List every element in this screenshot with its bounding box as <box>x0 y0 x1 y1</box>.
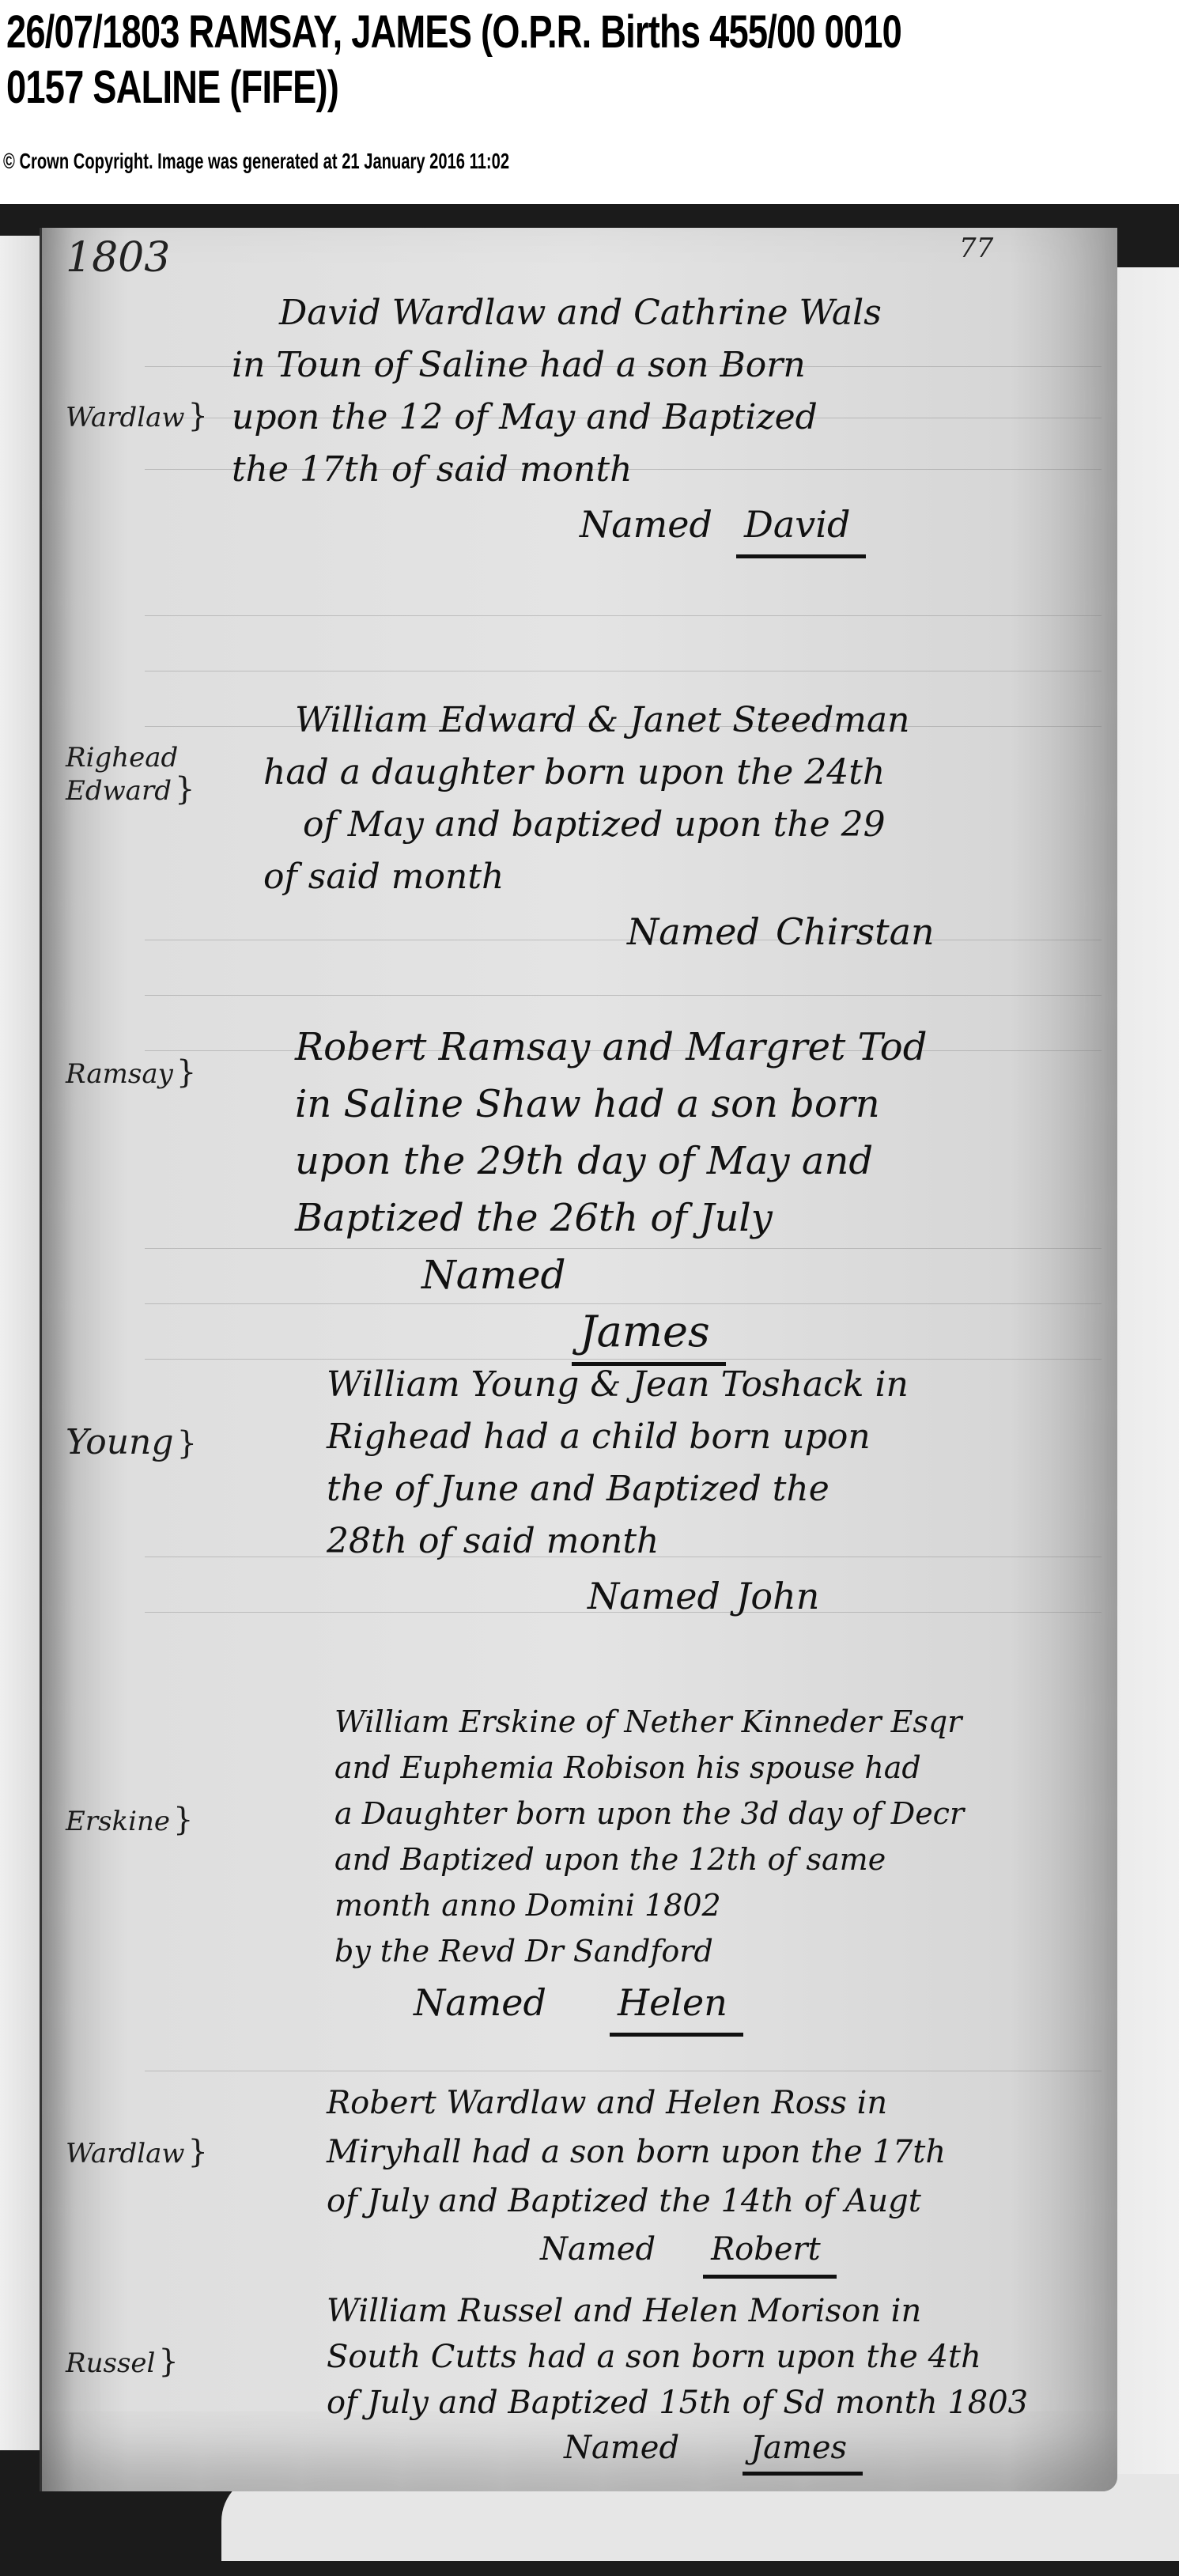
entry-margin-surname: Russel} <box>66 2343 303 2380</box>
entry-line: by the Revd Dr Sandford <box>334 1928 1117 1974</box>
given-name: James <box>572 1303 726 1366</box>
entry-line: a Daughter born upon the 3d day of Decr <box>334 1791 1117 1836</box>
entry-line: in Saline Shaw had a son born <box>295 1076 1094 1133</box>
entry-line: David Wardlaw and Cathrine Wals <box>232 287 1030 339</box>
given-name: Chirstan <box>768 903 950 962</box>
given-name: Robert <box>703 2226 837 2279</box>
entry-line: and Euphemia Robison his spouse had <box>334 1745 1117 1791</box>
entry-margin-surname: Young} <box>66 1422 303 1462</box>
entry-line: of July and Baptized the 14th of Augt <box>327 2177 1117 2226</box>
brace-icon: } <box>175 771 195 808</box>
scanned-register-image: 1803 77 Wardlaw} David Wardlaw and Cathr… <box>0 204 1179 2576</box>
brace-icon: } <box>176 1054 196 1091</box>
entry-line: the of June and Baptized the <box>327 1463 1117 1515</box>
entry-text: William Erskine of Nether Kinneder Esqr … <box>334 1699 1117 2037</box>
brace-icon: } <box>158 2343 178 2380</box>
entry-line: upon the 29th day of May and <box>295 1133 1094 1190</box>
entry-line: William Edward & Janet Steedman <box>263 694 1062 747</box>
register-page: 1803 77 Wardlaw} David Wardlaw and Cathr… <box>40 228 1117 2491</box>
given-name: Helen <box>610 1974 743 2037</box>
named-line: NamedJohn <box>327 1568 1117 1626</box>
ruled-line <box>145 615 1102 616</box>
record-title: 26/07/1803 RAMSAY, JAMES (O.P.R. Births … <box>6 5 1166 115</box>
brace-icon: } <box>173 1802 193 1838</box>
entry-line: William Erskine of Nether Kinneder Esqr <box>334 1699 1117 1745</box>
given-name: John <box>728 1568 835 1626</box>
entry-margin-surname: Ramsay} <box>66 1054 303 1091</box>
brace-icon: } <box>188 2134 208 2170</box>
named-line: NamedJames <box>327 2426 1117 2476</box>
named-line: Named <box>295 1246 1094 1303</box>
entry-line: William Young & Jean Toshack in <box>327 1359 1117 1411</box>
entry-text: William Edward & Janet Steedman had a da… <box>263 694 1062 962</box>
entry-line: Robert Wardlaw and Helen Ross in <box>327 2079 1117 2128</box>
entry-line: of said month <box>263 851 1062 903</box>
ruled-line <box>145 2071 1102 2071</box>
entry-line: had a daughter born upon the 24th <box>263 747 1062 799</box>
ruled-line <box>145 995 1102 996</box>
folio-number: 77 <box>959 233 993 264</box>
entry-line: Baptized the 26th of July <box>295 1190 1094 1246</box>
entry-text: Robert Ramsay and Margret Tod in Saline … <box>295 1019 1094 1366</box>
entry-text: William Russel and Helen Morison in Sout… <box>327 2288 1117 2476</box>
entry-margin-surname: Righead Edward} <box>66 742 224 807</box>
entry-line: month anno Domini 1802 <box>334 1882 1117 1928</box>
brace-icon: } <box>177 1425 197 1462</box>
named-line: James <box>295 1303 1094 1366</box>
entry-line: South Cutts had a son born upon the 4th <box>327 2334 1117 2380</box>
entry-line: William Russel and Helen Morison in <box>327 2288 1117 2334</box>
given-name: David <box>736 496 866 558</box>
entry-line: of July and Baptized 15th of Sd month 18… <box>327 2380 1117 2426</box>
entry-margin-surname: Erskine} <box>66 1802 303 1838</box>
given-name: James <box>743 2426 863 2476</box>
entry-line: upon the 12 of May and Baptized <box>232 392 1030 444</box>
copyright-notice: © Crown Copyright. Image was generated a… <box>3 149 509 174</box>
entry-line: the 17th of said month <box>232 444 1030 496</box>
entry-line: of May and baptized upon the 29 <box>263 799 1062 851</box>
entry-text: David Wardlaw and Cathrine Wals in Toun … <box>232 287 1030 558</box>
register-year: 1803 <box>66 234 170 282</box>
entry-text: William Young & Jean Toshack in Righead … <box>327 1359 1117 1626</box>
record-header: 26/07/1803 RAMSAY, JAMES (O.P.R. Births … <box>0 0 1179 204</box>
named-line: NamedHelen <box>334 1974 1117 2037</box>
named-line: NamedDavid <box>232 496 1030 558</box>
entry-line: 28th of said month <box>327 1515 1117 1568</box>
brace-icon: } <box>188 398 208 434</box>
entry-margin-surname: Wardlaw} <box>66 2134 303 2170</box>
named-line: NamedRobert <box>327 2226 1117 2279</box>
entry-text: Robert Wardlaw and Helen Ross in Miryhal… <box>327 2079 1117 2279</box>
entry-line: Robert Ramsay and Margret Tod <box>295 1019 1094 1076</box>
entry-line: Righead had a child born upon <box>327 1411 1117 1463</box>
entry-line: in Toun of Saline had a son Born <box>232 339 1030 392</box>
entry-line: and Baptized upon the 12th of same <box>334 1836 1117 1882</box>
named-line: NamedChirstan <box>263 903 1062 962</box>
ruled-line <box>145 671 1102 671</box>
entry-line: Miryhall had a son born upon the 17th <box>327 2128 1117 2177</box>
